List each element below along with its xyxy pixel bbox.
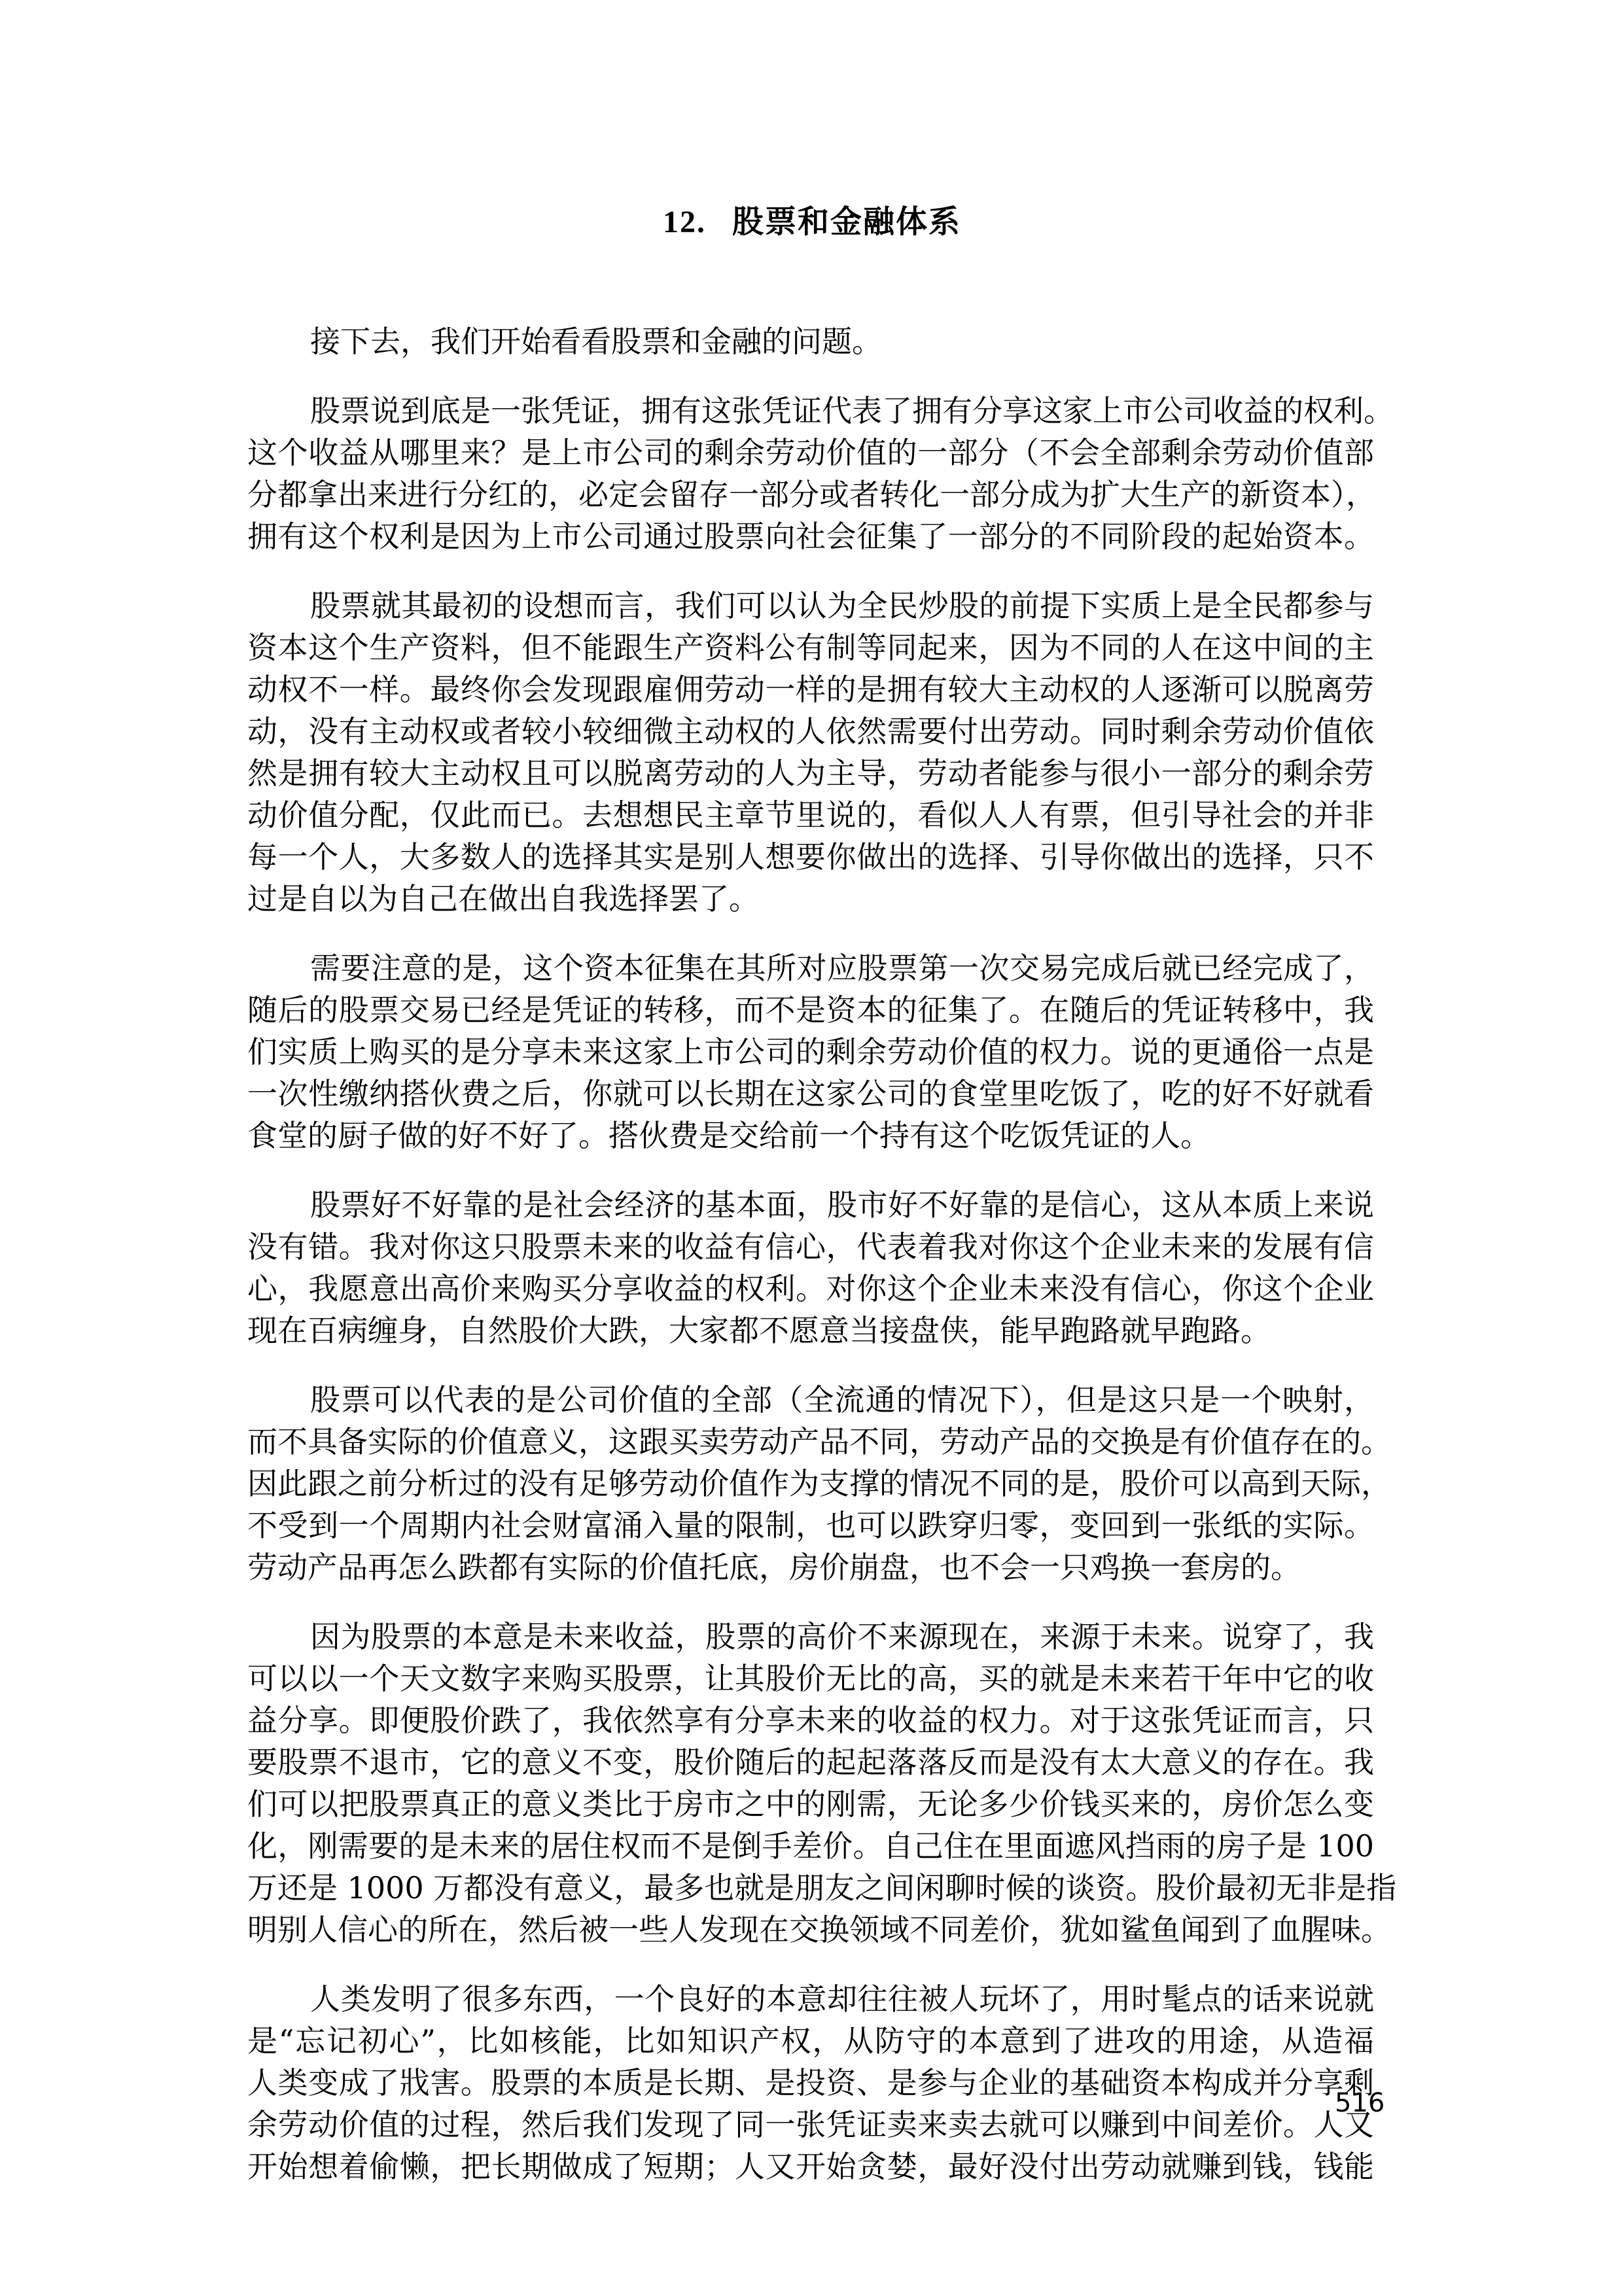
paragraph-1: 接下去，我们开始看看股票和金融的问题。 — [247, 321, 1374, 362]
text-line: 心，我愿意出高价来购买分享收益的权利。对你这个企业未来没有信心，你这个企业 — [247, 1268, 1374, 1310]
paragraph-3: 股票就其最初的设想而言，我们可以认为全民炒股的前提下实质上是全民都参与 资本这个… — [247, 585, 1374, 920]
text-line: 开始想着偷懒，把长期做成了短期；人又开始贪婪，最好没付出劳动就赚到钱，钱能 — [247, 2146, 1374, 2187]
paragraph-6: 股票可以代表的是公司价值的全部（全流通的情况下），但是这只是一个映射， 而不具备… — [247, 1379, 1374, 1588]
body-text: 接下去，我们开始看看股票和金融的问题。 股票说到底是一张凭证，拥有这张凭证代表了… — [247, 321, 1374, 2215]
text-line: 人类发明了很多东西，一个良好的本意却往往被人玩坏了，用时髦点的话来说就 — [247, 1978, 1374, 2020]
paragraph-8: 人类发明了很多东西，一个良好的本意却往往被人玩坏了，用时髦点的话来说就 是“忘记… — [247, 1978, 1374, 2187]
text-line: 因为股票的本意是未来收益，股票的高价不来源现在，来源于未来。说穿了，我 — [247, 1616, 1374, 1658]
text-line: 动权不一样。最终你会发现跟雇佣劳动一样的是拥有较大主动权的人逐渐可以脱离劳 — [247, 669, 1374, 710]
text-line: 不受到一个周期内社会财富涌入量的限制，也可以跌穿归零，变回到一张纸的实际。 — [247, 1505, 1374, 1546]
text-line: 股票就其最初的设想而言，我们可以认为全民炒股的前提下实质上是全民都参与 — [247, 585, 1374, 627]
text-line: 资本这个生产资料，但不能跟生产资料公有制等同起来，因为不同的人在这中间的主 — [247, 627, 1374, 669]
text-line: 万还是 1000 万都没有意义，最多也就是朋友之间闲聊时候的谈资。股价最初无非是… — [247, 1867, 1374, 1909]
text-line: 们实质上购买的是分享未来这家上市公司的剩余劳动价值的权力。说的更通俗一点是 — [247, 1031, 1374, 1073]
chapter-title: 12.股票和金融体系 — [0, 196, 1624, 241]
text-line: 一次性缴纳搭伙费之后，你就可以长期在这家公司的食堂里吃饭了，吃的好不好就看 — [247, 1073, 1374, 1115]
text-line: 没有错。我对你这只股票未来的收益有信心，代表着我对你这个企业未来的发展有信 — [247, 1226, 1374, 1268]
text-line: 食堂的厨子做的好不好了。搭伙费是交给前一个持有这个吃饭凭证的人。 — [247, 1115, 1374, 1157]
text-line: 分都拿出来进行分红的，必定会留存一部分或者转化一部分成为扩大生产的新资本）， — [247, 474, 1374, 515]
text-line: 过是自以为自己在做出自我选择罢了。 — [247, 878, 1374, 920]
text-line: 明别人信心的所在，然后被一些人发现在交换领域不同差价，犹如鲨鱼闻到了血腥味。 — [247, 1909, 1374, 1951]
text-line: 随后的股票交易已经是凭证的转移，而不是资本的征集了。在随后的凭证转移中，我 — [247, 989, 1374, 1031]
chapter-title-text: 股票和金融体系 — [732, 203, 961, 240]
text-line: 股票可以代表的是公司价值的全部（全流通的情况下），但是这只是一个映射， — [247, 1379, 1374, 1421]
text-line: 现在百病缠身，自然股价大跌，大家都不愿意当接盘侠，能早跑路就早跑路。 — [247, 1310, 1374, 1351]
text-line: 而不具备实际的价值意义，这跟买卖劳动产品不同，劳动产品的交换是有价值存在的。 — [247, 1421, 1374, 1463]
text-line: 动价值分配，仅此而已。去想想民主章节里说的，看似人人有票，但引导社会的并非 — [247, 794, 1374, 836]
text-line: 股票好不好靠的是社会经济的基本面，股市好不好靠的是信心，这从本质上来说 — [247, 1184, 1374, 1226]
text-line: 可以以一个天文数字来购买股票，让其股价无比的高，买的就是未来若干年中它的收 — [247, 1658, 1374, 1699]
text-line: 要股票不退市，它的意义不变，股价随后的起起落落反而是没有太大意义的存在。我 — [247, 1741, 1374, 1783]
paragraph-7: 因为股票的本意是未来收益，股票的高价不来源现在，来源于未来。说穿了，我 可以以一… — [247, 1616, 1374, 1951]
text-line: 益分享。即便股价跌了，我依然享有分享未来的收益的权力。对于这张凭证而言，只 — [247, 1699, 1374, 1741]
text-line: 接下去，我们开始看看股票和金融的问题。 — [247, 321, 1374, 362]
chapter-number: 12. — [663, 205, 706, 239]
paragraph-4: 需要注意的是，这个资本征集在其所对应股票第一次交易完成后就已经完成了， 随后的股… — [247, 947, 1374, 1157]
text-line: 每一个人，大多数人的选择其实是别人想要你做出的选择、引导你做出的选择，只不 — [247, 836, 1374, 878]
text-line: 人类变成了戕害。股票的本质是长期、是投资、是参与企业的基础资本构成并分享剩 — [247, 2062, 1374, 2104]
paragraph-5: 股票好不好靠的是社会经济的基本面，股市好不好靠的是信心，这从本质上来说 没有错。… — [247, 1184, 1374, 1351]
text-line: 股票说到底是一张凭证，拥有这张凭证代表了拥有分享这家上市公司收益的权利。 — [247, 390, 1374, 432]
paragraph-2: 股票说到底是一张凭证，拥有这张凭证代表了拥有分享这家上市公司收益的权利。 这个收… — [247, 390, 1374, 557]
text-line: 余劳动价值的过程，然后我们发现了同一张凭证卖来卖去就可以赚到中间差价。人又 — [247, 2104, 1374, 2146]
text-line: 动，没有主动权或者较小较细微主动权的人依然需要付出劳动。同时剩余劳动价值依 — [247, 710, 1374, 752]
text-line: 需要注意的是，这个资本征集在其所对应股票第一次交易完成后就已经完成了， — [247, 947, 1374, 989]
text-line: 化，刚需要的是未来的居住权而不是倒手差价。自己住在里面遮风挡雨的房子是 100 — [247, 1825, 1374, 1867]
text-line: 们可以把股票真正的意义类比于房市之中的刚需，无论多少价钱买来的，房价怎么变 — [247, 1783, 1374, 1825]
page-number: 516 — [1335, 2088, 1385, 2118]
text-line: 拥有这个权利是因为上市公司通过股票向社会征集了一部分的不同阶段的起始资本。 — [247, 515, 1374, 557]
document-page: 12.股票和金融体系 接下去，我们开始看看股票和金融的问题。 股票说到底是一张凭… — [0, 0, 1624, 2296]
text-line: 劳动产品再怎么跌都有实际的价值托底，房价崩盘，也不会一只鸡换一套房的。 — [247, 1546, 1374, 1588]
text-line: 然是拥有较大主动权且可以脱离劳动的人为主导，劳动者能参与很小一部分的剩余劳 — [247, 752, 1374, 794]
text-line: 这个收益从哪里来？是上市公司的剩余劳动价值的一部分（不会全部剩余劳动价值部 — [247, 432, 1374, 474]
text-line: 是“忘记初心”，比如核能，比如知识产权，从防守的本意到了进攻的用途，从造福 — [247, 2020, 1374, 2062]
text-line: 因此跟之前分析过的没有足够劳动价值作为支撑的情况不同的是，股价可以高到天际， — [247, 1463, 1374, 1505]
